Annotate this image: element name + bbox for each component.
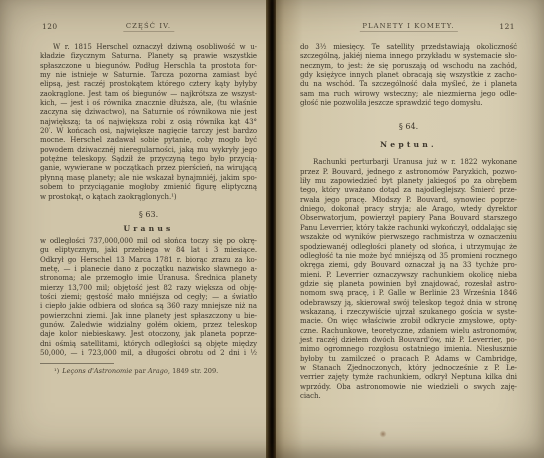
- text-line: metę, — i planecie dano z początku nazwi…: [40, 265, 257, 274]
- page-right-content: PLANETY I KOMETY. 121 do 3½ miesięcy. Te…: [300, 0, 517, 401]
- text-line: wprzódy. Oba astronomowie nie wiedzieli …: [300, 383, 517, 392]
- book-scan: 120 CZĘŚĆ IV. W r. 1815 Herschel oznaczy…: [0, 0, 544, 458]
- running-header-left-title: CZĘŚĆ IV.: [123, 22, 174, 32]
- text-line: W r. 1815 Herschel oznaczył dziwną osobl…: [40, 43, 257, 52]
- text-line: wszakże od wyników pierwszego rachmistrz…: [300, 233, 517, 242]
- text-line: Rachunki perturbarji Uranusa już w r. 18…: [300, 158, 517, 167]
- text-line: Obserwatorjum, powierzył papiery Pana Bo…: [300, 214, 517, 223]
- text-line: ciach.: [300, 392, 517, 401]
- footnote-rule: [40, 363, 114, 364]
- text-line: i ciepło jakie odbiera od słońca są 360 …: [40, 302, 257, 311]
- footnote-author: Arago: [148, 367, 168, 375]
- paragraph-neptune: Rachunki perturbarji Uranusa już w r. 18…: [300, 158, 517, 401]
- text-line: byłoby tu zamilczeć o pracach P. Adams w…: [300, 355, 517, 364]
- text-line: 50,000, — i 723,000 mil, a długości obro…: [40, 349, 257, 358]
- footnote-reference: , 1849 str. 209.: [168, 367, 218, 375]
- running-header-right-title: PLANETY I KOMETY.: [359, 22, 457, 32]
- running-head-left: 120 CZĘŚĆ IV.: [40, 22, 257, 33]
- section-number-64: § 64.: [300, 122, 517, 132]
- text-line: gunów. Zaledwie widzialny gołém okiem, p…: [40, 321, 257, 330]
- text-line: du na wschód. Ta szczególność dała myśle…: [300, 80, 517, 89]
- text-line: spłaszczone u biegunów. Podług Herschla …: [40, 62, 257, 71]
- text-line: potężne teleskopy. Sądził że przyczyną t…: [40, 155, 257, 164]
- text-line: sobem to przyciąganie mogłoby zmienić fi…: [40, 183, 257, 192]
- footnote: ¹)Leçons d'Astronomie par Arago, 1849 st…: [40, 367, 257, 376]
- paragraph-uranus: w odległości 737,000,000 mil od słońca t…: [40, 237, 257, 358]
- text-line: my nie istnieje w Saturnie. Tarcza pozor…: [40, 71, 257, 80]
- text-line: głość nie pozwoliła jeszcze sprawdzić te…: [300, 99, 517, 108]
- footnote-work-title: Leçons d'Astronomie: [62, 367, 132, 375]
- paragraph-saturn: W r. 1815 Herschel oznaczył dziwną osobl…: [40, 43, 257, 202]
- text-line: spodziewanéj odległości planety od słońc…: [300, 243, 517, 252]
- page-left: 120 CZĘŚĆ IV. W r. 1815 Herschel oznaczy…: [0, 0, 270, 458]
- section-title-uranus: Uranus: [40, 224, 257, 233]
- text-line: w Stanach Zjednoczonych, który jednocześ…: [300, 364, 517, 373]
- text-line: dniego, dokonał pracy stryja; ale Arago,…: [300, 205, 517, 214]
- text-line: mimo ogromnego rozgłosu ostatniego imien…: [300, 345, 517, 354]
- text-line: rwała jego pracę. Młodszy P. Bouvard, sy…: [300, 196, 517, 205]
- text-line: gu eliptycznym, jaki przebiega w 84 lat …: [40, 246, 257, 255]
- text-line: mierzy 13,700 mil; objętość jest 82 razy…: [40, 284, 257, 293]
- text-line: 20′. W końcach osi, największe nagięcie …: [40, 127, 257, 136]
- text-line: zaokrąglone. Jest tam oś biegunów — najk…: [40, 90, 257, 99]
- page-right: PLANETY I KOMETY. 121 do 3½ miesięcy. Te…: [276, 0, 544, 458]
- text-line: okręga ziemi, gdy Bouvard oznaczał ją na…: [300, 261, 517, 270]
- text-line: kich, — jest i oś równika znacznie dłużs…: [40, 99, 257, 108]
- text-line: macie. On więc właściwie zrobił odkrycie…: [300, 317, 517, 326]
- text-line: sam ma ruch wirowy wsteczny; ale niezmie…: [300, 90, 517, 99]
- text-line: Odkrył go Herschel 13 Marca 1781 r. bior…: [40, 256, 257, 265]
- text-line: tego, który uważano dotąd za najodleglej…: [300, 186, 517, 195]
- text-line: necznym, to jest: że się poruszają od ws…: [300, 62, 517, 71]
- text-line: odebrawszy ją, skierował swój teleskop t…: [300, 299, 517, 308]
- section-title-neptun: Neptun.: [300, 140, 517, 149]
- text-line: szczególną, jakiéj niema innego przykład…: [300, 52, 517, 61]
- text-line: zaczyna się dziwactwo), na Saturnie oś r…: [40, 108, 257, 117]
- text-line: odległość ta nie może być mniéjszą od 35…: [300, 252, 517, 261]
- paragraph-satellites: do 3½ miesięcy. Te satellity przedstawia…: [300, 43, 517, 108]
- text-line: największą; ta oś największa robi z osią…: [40, 118, 257, 127]
- text-line: wskazaną, i rzeczywiście ujrzał szukaneg…: [300, 308, 517, 317]
- text-line: czne. Rachunkowe, teoretyczne, zdaniem w…: [300, 327, 517, 336]
- text-line: gdy księżyce innych planet obracają się …: [300, 71, 517, 80]
- text-line: w odległości 737,000,000 mil od słońca t…: [40, 237, 257, 246]
- running-head-right: PLANETY I KOMETY. 121: [300, 22, 517, 33]
- text-line: płynną masę planety; ale nie wskazał byn…: [40, 174, 257, 183]
- text-line: kładzie fizycznym Saturna. Planety są pr…: [40, 52, 257, 61]
- text-line: do 3½ miesięcy. Te satellity przedstawia…: [300, 43, 517, 52]
- text-line: verrier zajęty tymże rachunkiem, odkrył …: [300, 373, 517, 382]
- text-line: w prostokąt, o kątach zaokrąglonych.¹): [40, 193, 257, 202]
- text-line: stronoma; ale przemogło imie Uranusa. Śr…: [40, 274, 257, 283]
- text-line: mieni. P. Leverrier oznaczywszy rachunki…: [300, 271, 517, 280]
- text-line: powierzchni ziemi. Jak inne planety jest…: [40, 312, 257, 321]
- footnote-marker: ¹): [54, 367, 59, 375]
- text-line: Panu Leverrier, który także rachunki wyk…: [300, 224, 517, 233]
- text-line: tości ziemi; gęstość mało mniéjsza od ce…: [40, 293, 257, 302]
- footnote-text: par: [132, 367, 148, 375]
- text-line: jest raczéj dziełem dwóch Bouvard'ów, ni…: [300, 336, 517, 345]
- text-line: dni ośmią satellitami, których odległośc…: [40, 340, 257, 349]
- text-line: gdzie się planeta powinien był znajdować…: [300, 280, 517, 289]
- text-line: mocne. Herschel zadawał sobie pytanie, c…: [40, 136, 257, 145]
- text-line: ganie, wywierane w początkach przez pier…: [40, 164, 257, 173]
- section-number-63: § 63.: [40, 210, 257, 220]
- page-number-left: 120: [42, 22, 58, 31]
- text-line: elipsą, jest raczéj prostokątem którego …: [40, 80, 257, 89]
- page-left-content: 120 CZĘŚĆ IV. W r. 1815 Herschel oznaczy…: [40, 0, 257, 376]
- text-line: daje kolor niebieskawy. Jest otoczony, j…: [40, 330, 257, 339]
- text-line: nomom swą pracę, i P. Galle w Berlinie 2…: [300, 289, 517, 298]
- page-number-right: 121: [499, 22, 515, 31]
- text-line: przez P. Bouvard, jednego z astronomów P…: [300, 168, 517, 177]
- text-line: powodem dziwacznéj nieregularności, jaką…: [40, 146, 257, 155]
